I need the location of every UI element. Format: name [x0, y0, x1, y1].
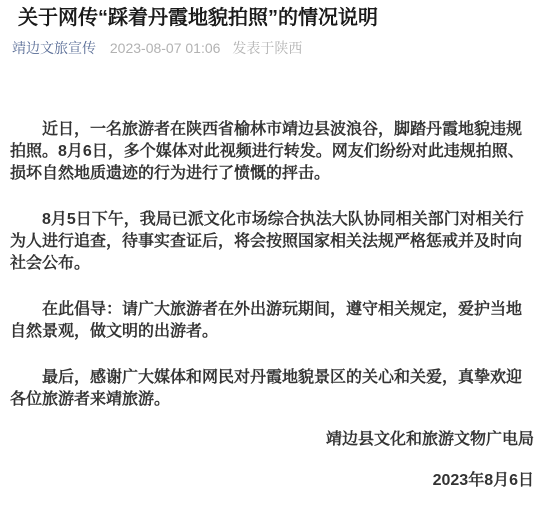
statement-date: 2023年8月6日: [10, 470, 534, 492]
byline: 靖边文旅宣传 2023-08-07 01:06 发表于陕西: [10, 39, 534, 57]
article-paragraph: 最后，感谢广大媒体和网民对丹霞地貌景区的关心和关爱，真挚欢迎各位旅游者来靖旅游。: [10, 367, 534, 411]
article-paragraph: 在此倡导：请广大旅游者在外出游玩期间，遵守相关规定，爱护当地自然景观，做文明的出…: [10, 299, 534, 343]
article-paragraph: 近日，一名旅游者在陕西省榆林市靖边县波浪谷，脚踏丹霞地貌违规拍照。8月6日，多个…: [10, 119, 534, 185]
publish-timestamp: 2023-08-07 01:06: [110, 40, 221, 56]
account-name-link[interactable]: 靖边文旅宣传: [12, 40, 96, 56]
article-title: 关于网传“踩着丹霞地貌拍照”的情况说明: [10, 0, 534, 30]
article-body: 近日，一名旅游者在陕西省榆林市靖边县波浪谷，脚踏丹霞地貌违规拍照。8月6日，多个…: [10, 119, 534, 411]
article: 关于网传“踩着丹霞地貌拍照”的情况说明 靖边文旅宣传 2023-08-07 01…: [0, 0, 544, 492]
signature: 靖边县文化和旅游文物广电局: [10, 429, 534, 451]
publish-location: 发表于陕西: [232, 40, 302, 56]
article-paragraph: 8月5日下午，我局已派文化市场综合执法大队协同相关部门对相关行为人进行追查，待事…: [10, 209, 534, 275]
